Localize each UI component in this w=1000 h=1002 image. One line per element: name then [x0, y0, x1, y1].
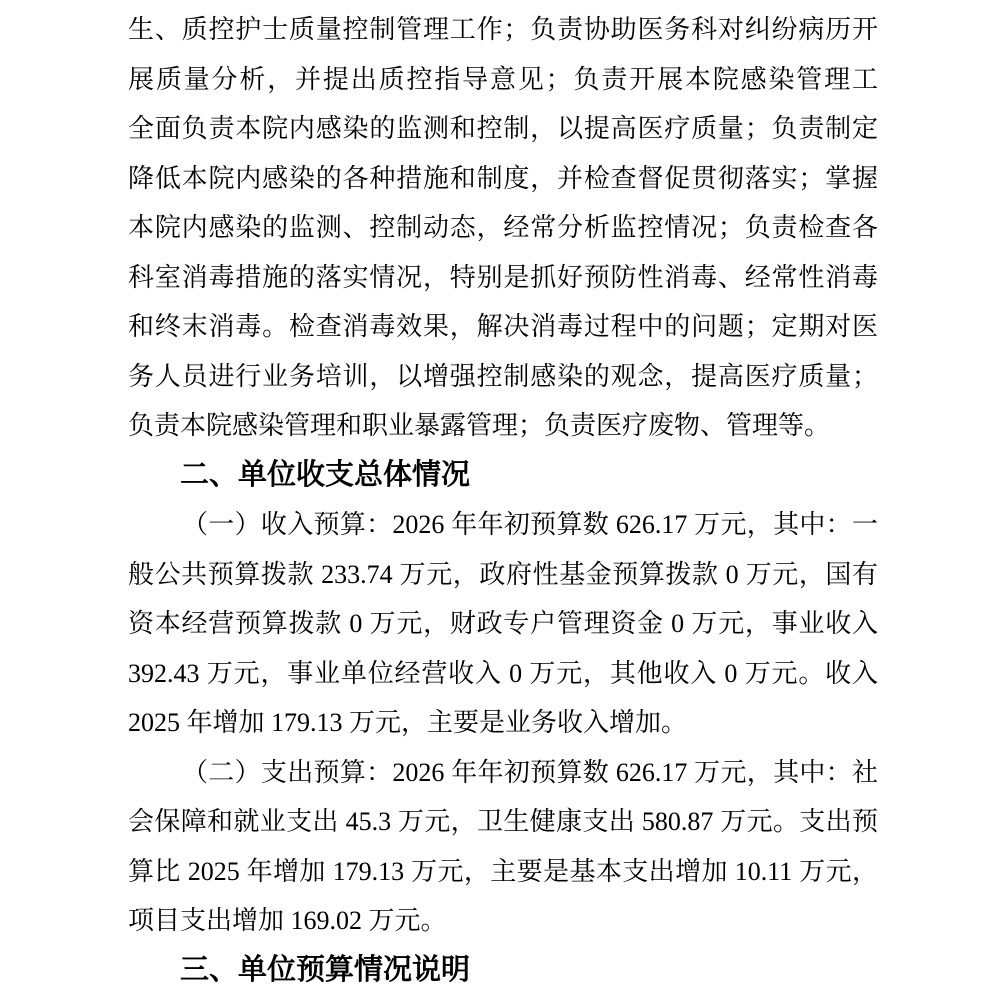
section-heading: 二、单位收支总体情况 [128, 451, 878, 501]
text-line: 全面负责本院内感染的监测和控制，以提高医疗质量；负责制定 [128, 104, 878, 154]
text-line: 务人员进行业务培训，以增强控制感染的观念，提高医疗质量； [128, 352, 878, 402]
text-line: 负责本院感染管理和职业暴露管理；负责医疗废物、管理等。 [128, 401, 878, 451]
text-line: （一）收入预算：2026 年年初预算数 626.17 万元，其中：一 [128, 500, 878, 550]
text-line: （二）支出预算：2026 年年初预算数 626.17 万元，其中：社 [128, 748, 878, 798]
text-line: 算比 2025 年增加 179.13 万元，主要是基本支出增加 10.11 万元… [128, 847, 878, 897]
text-line: 和终末消毒。检查消毒效果，解决消毒过程中的问题；定期对医 [128, 302, 878, 352]
text-line: 会保障和就业支出 45.3 万元，卫生健康支出 580.87 万元。支出预 [128, 797, 878, 847]
text-line: 项目支出增加 169.02 万元。 [128, 896, 878, 946]
section-heading: 三、单位预算情况说明 [128, 946, 878, 996]
text-line: 2025 年增加 179.13 万元，主要是业务收入增加。 [128, 698, 878, 748]
text-line: 本院内感染的监测、控制动态，经常分析监控情况；负责检查各 [128, 203, 878, 253]
document-text-flow: 生、质控护士质量控制管理工作；负责协助医务科对纠纷病历开展质量分析，并提出质控指… [128, 5, 878, 995]
text-line: 般公共预算拨款 233.74 万元，政府性基金预算拨款 0 万元，国有 [128, 550, 878, 600]
text-line: 科室消毒措施的落实情况，特别是抓好预防性消毒、经常性消毒 [128, 253, 878, 303]
text-line: 资本经营预算拨款 0 万元，财政专户管理资金 0 万元，事业收入 [128, 599, 878, 649]
text-line: 生、质控护士质量控制管理工作；负责协助医务科对纠纷病历开 [128, 5, 878, 55]
text-line: 392.43 万元，事业单位经营收入 0 万元，其他收入 0 万元。收入比 [128, 649, 878, 699]
document-page: 生、质控护士质量控制管理工作；负责协助医务科对纠纷病历开展质量分析，并提出质控指… [0, 0, 1000, 1002]
text-line: 展质量分析，并提出质控指导意见；负责开展本院感染管理工作， [128, 55, 878, 105]
text-line: 降低本院内感染的各种措施和制度，并检查督促贯彻落实；掌握 [128, 154, 878, 204]
